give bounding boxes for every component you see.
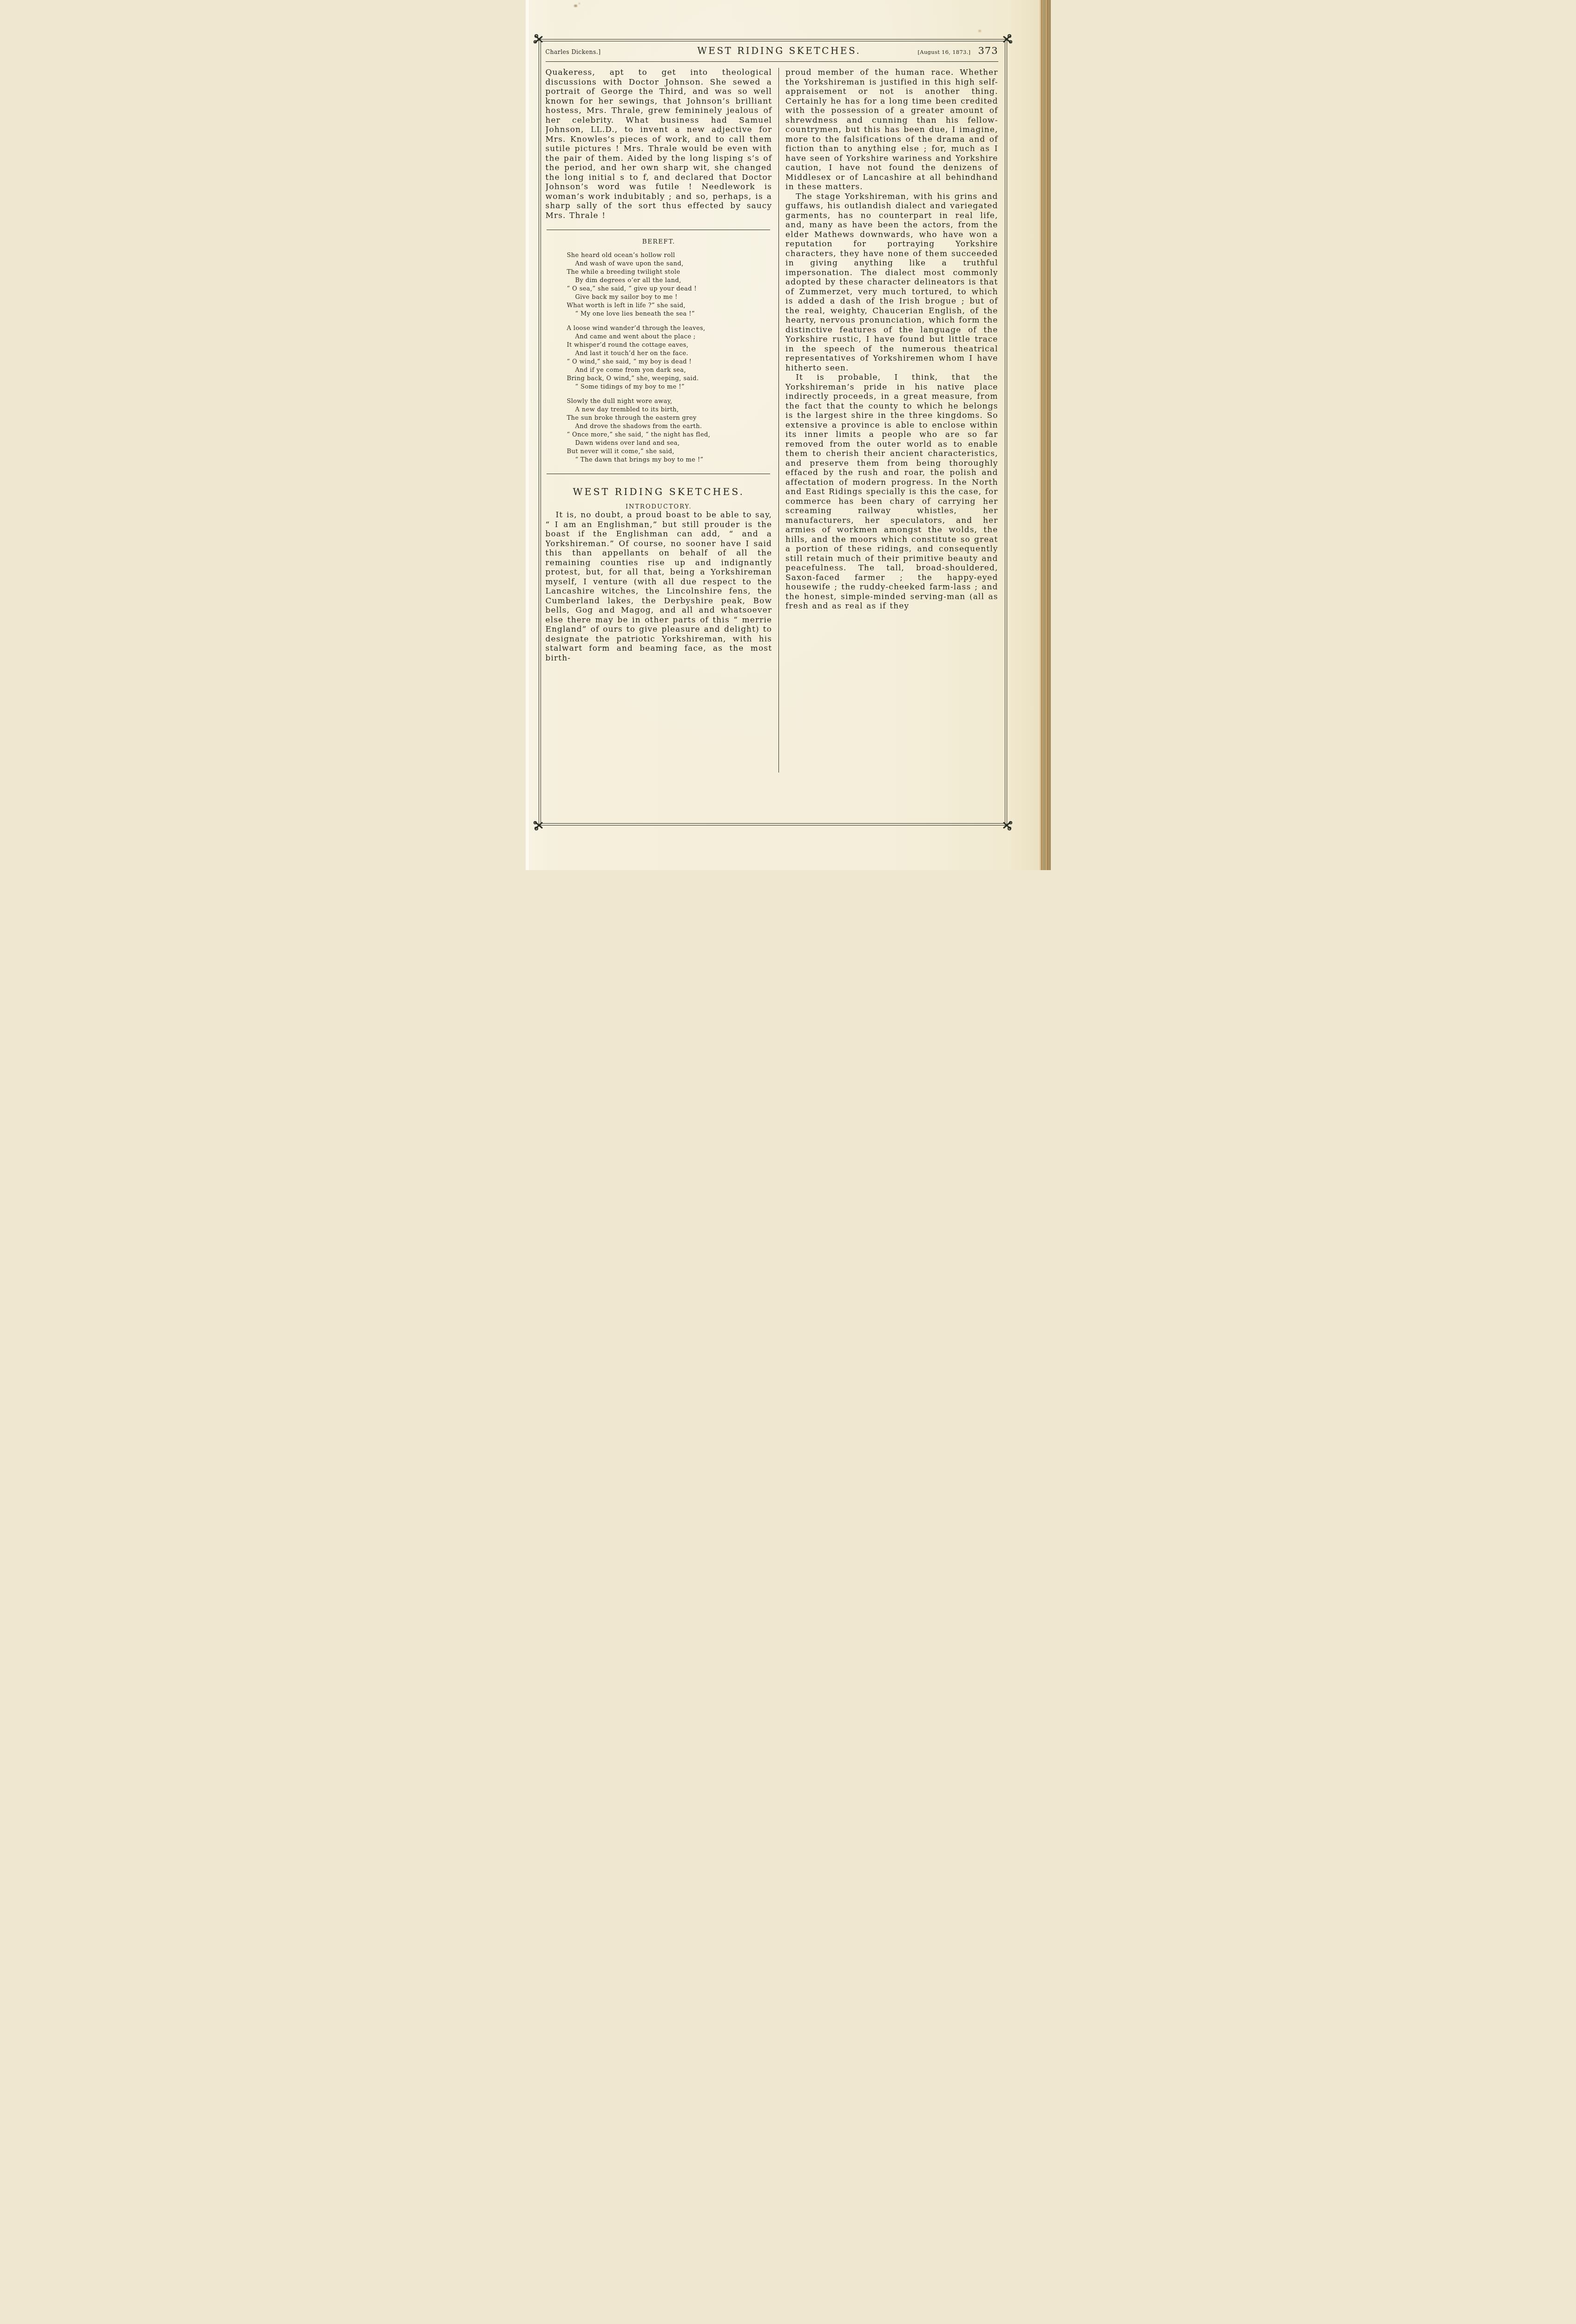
- poem-line: By dim degrees o’er all the land,: [567, 277, 772, 285]
- page-number: 373: [978, 45, 998, 56]
- poem-line: A loose wind wander’d through the leaves…: [567, 324, 772, 333]
- poem-line: The while a breeding twilight stole: [567, 268, 772, 277]
- left-column: Quakeress, apt to get into theological d…: [546, 68, 779, 772]
- article-paragraph: It is probable, I think, that the Yorksh…: [785, 373, 998, 611]
- poem-stanza: She heard old ocean’s hollow roll And wa…: [567, 251, 772, 318]
- poem-line: Bring back, O wind,” she, weeping, said.: [567, 375, 772, 383]
- poem-line: And drove the shadows from the earth.: [567, 423, 772, 431]
- poem-line: “ O wind,” she said, “ my boy is dead !: [567, 358, 772, 366]
- page-content: Charles Dickens.] WEST RIDING SKETCHES. …: [540, 40, 1006, 824]
- poem-line: But never will it come,” she said,: [567, 448, 772, 456]
- paper-stain: [579, 3, 580, 4]
- right-column: proud member of the human race. Whether …: [778, 68, 998, 772]
- paper-stain: [574, 5, 577, 7]
- book-binding-edge: [1040, 0, 1051, 870]
- poem-stanza: A loose wind wander’d through the leaves…: [567, 324, 772, 391]
- poem-line: “ O sea,” she said, “ give up your dead …: [567, 285, 772, 293]
- poem-line: And if ye come from yon dark sea,: [567, 366, 772, 375]
- running-title: WEST RIDING SKETCHES.: [640, 45, 917, 56]
- poem-line: “ Some tidings of my boy to me !”: [567, 383, 772, 391]
- poem-line: Dawn widens over land and sea,: [567, 439, 772, 448]
- continuation-paragraph: Quakeress, apt to get into theological d…: [546, 68, 772, 220]
- poem-line: It whisper’d round the cottage eaves,: [567, 341, 772, 350]
- two-column-text-block: Quakeress, apt to get into theological d…: [546, 68, 998, 772]
- poem-line: She heard old ocean’s hollow roll: [567, 251, 772, 260]
- article-paragraph: proud member of the human race. Whether …: [785, 68, 998, 192]
- article-opening-paragraph: It is, no doubt, a proud boast to be abl…: [546, 510, 772, 663]
- paper-stain: [978, 30, 981, 32]
- poem-line: And wash of wave upon the sand,: [567, 260, 772, 268]
- page-edge-left: [526, 0, 529, 870]
- article-title: WEST RIDING SKETCHES.: [546, 486, 772, 497]
- poem-title: BEREFT.: [546, 238, 772, 246]
- poem-line: Slowly the dull night wore away,: [567, 397, 772, 406]
- poem-line: Give back my sailor boy to me !: [567, 293, 772, 302]
- poem-line: “ Once more,” she said, “ the night has …: [567, 431, 772, 439]
- poem-line: And last it touch’d her on the face.: [567, 350, 772, 358]
- issue-date: [August 16, 1873.]: [918, 49, 971, 55]
- poem-stanza: Slowly the dull night wore away, A new d…: [567, 397, 772, 464]
- running-header: Charles Dickens.] WEST RIDING SKETCHES. …: [546, 45, 998, 56]
- article-subtitle: INTRODUCTORY.: [546, 503, 772, 510]
- scanned-book-page: Charles Dickens.] WEST RIDING SKETCHES. …: [526, 0, 1051, 870]
- poem-line: “ My one love lies beneath the sea !”: [567, 310, 772, 318]
- section-divider-rule: [547, 230, 771, 230]
- poem-bereft: BEREFT. She heard old ocean’s hollow rol…: [567, 238, 772, 464]
- header-right-group: [August 16, 1873.] 373: [918, 45, 998, 56]
- author-credit: Charles Dickens.]: [546, 48, 641, 55]
- poem-line: The sun broke through the eastern grey: [567, 414, 772, 423]
- page-border-frame: Charles Dickens.] WEST RIDING SKETCHES. …: [539, 39, 1007, 825]
- section-divider-rule: [547, 474, 771, 474]
- article-paragraph: The stage Yorkshireman, with his grins a…: [785, 192, 998, 373]
- poem-line: And came and went about the place ;: [567, 333, 772, 341]
- header-rule: [546, 61, 998, 62]
- poem-line: A new day trembled to its birth,: [567, 406, 772, 414]
- poem-line: “ The dawn that brings my boy to me !”: [567, 456, 772, 464]
- poem-line: What worth is left in life ?” she said,: [567, 302, 772, 310]
